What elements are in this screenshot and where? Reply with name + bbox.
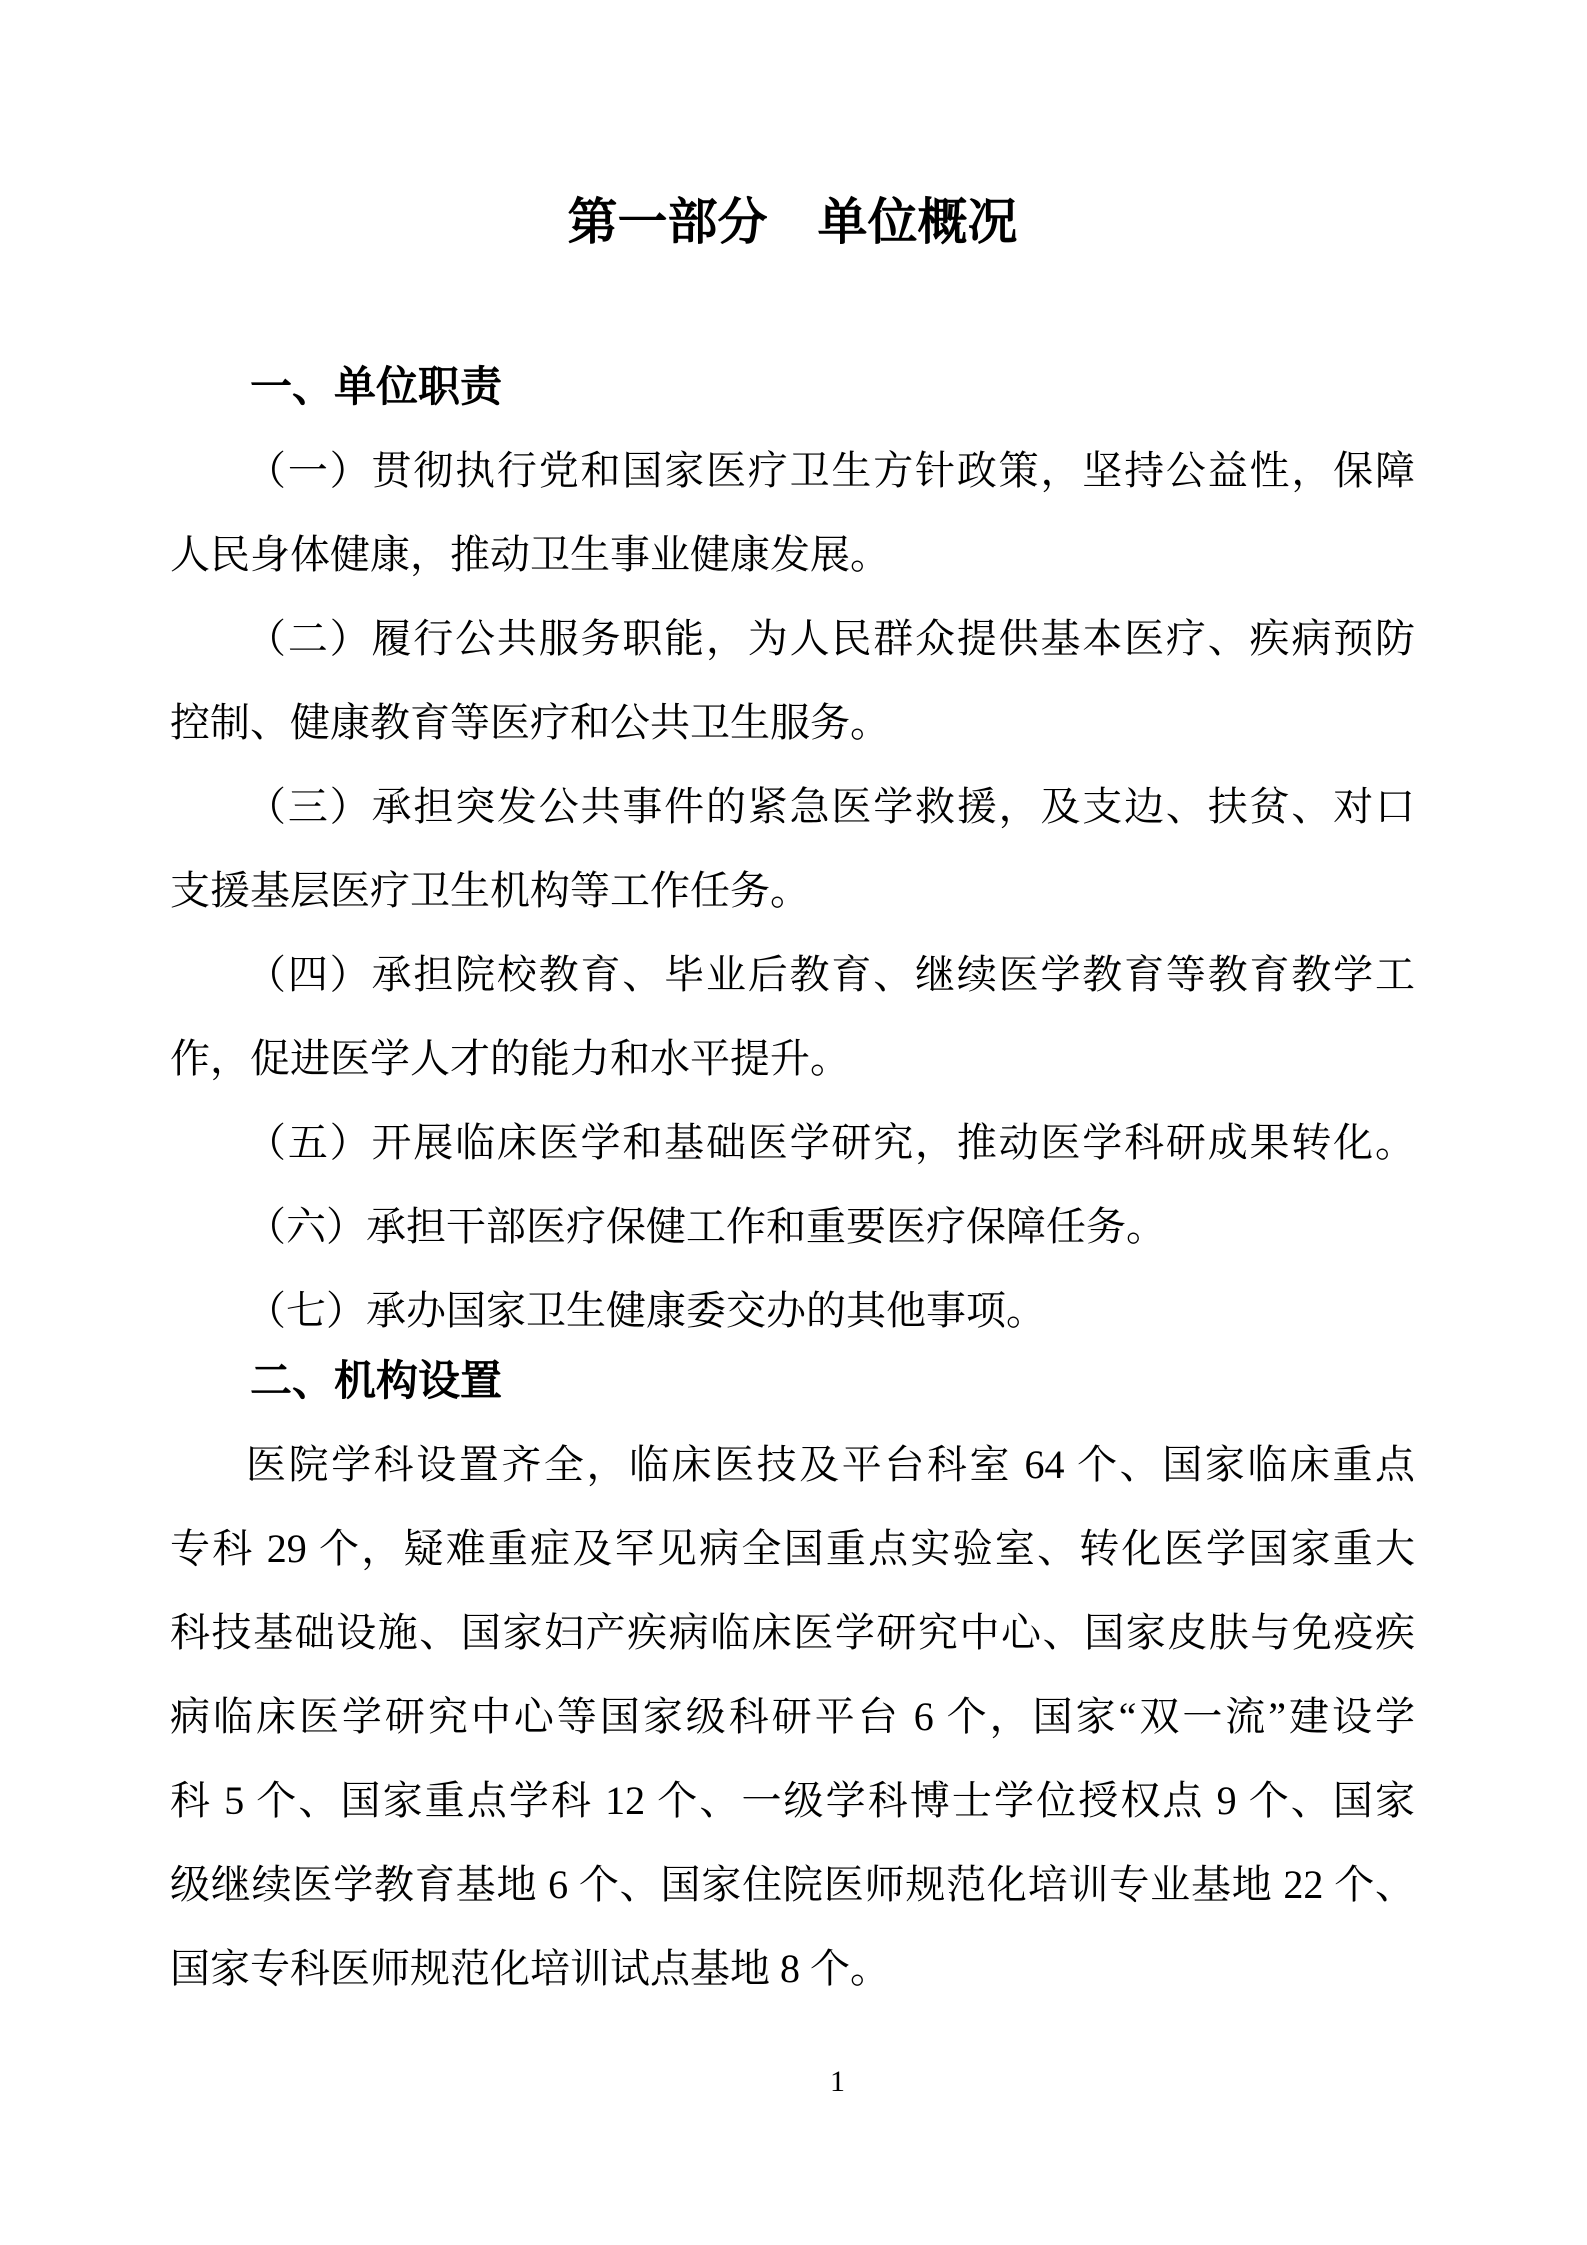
- text-line: 病临床医学研究中心等国家级科研平台 6 个，国家“双一流”建设学: [170, 1675, 1415, 1759]
- text-line: （四）承担院校教育、毕业后教育、继续医学教育等教育教学工: [170, 933, 1415, 1017]
- text-line: 级继续医学教育基地 6 个、国家住院医师规范化培训专业基地 22 个、: [170, 1843, 1415, 1927]
- text-line: 国家专科医师规范化培训试点基地 8 个。: [170, 1927, 1415, 2011]
- text-line: 支援基层医疗卫生机构等工作任务。: [170, 849, 1415, 933]
- text-line: （三）承担突发公共事件的紧急医学救援，及支边、扶贫、对口: [170, 765, 1415, 849]
- text-line: 医院学科设置齐全，临床医技及平台科室 64 个、国家临床重点: [170, 1423, 1415, 1507]
- page-number: 1: [170, 2061, 1415, 2103]
- text-line: 作，促进医学人才的能力和水平提升。: [170, 1017, 1415, 1101]
- text-line: 人民身体健康，推动卫生事业健康发展。: [170, 513, 1415, 597]
- text-line: 控制、健康教育等医疗和公共卫生服务。: [170, 681, 1415, 765]
- text-line: 科技基础设施、国家妇产疾病临床医学研究中心、国家皮肤与免疫疾: [170, 1591, 1415, 1675]
- document-title: 第一部分 单位概况: [170, 180, 1415, 264]
- text-line: （五）开展临床医学和基础医学研究，推动医学科研成果转化。: [170, 1101, 1415, 1185]
- text-line: （六）承担干部医疗保健工作和重要医疗保障任务。: [170, 1185, 1415, 1269]
- document-page: 第一部分 单位概况 一、单位职责 （一）贯彻执行党和国家医疗卫生方针政策，坚持公…: [0, 0, 1587, 2245]
- text-line: （一）贯彻执行党和国家医疗卫生方针政策，坚持公益性，保障: [170, 429, 1415, 513]
- text-line: 科 5 个、国家重点学科 12 个、一级学科博士学位授权点 9 个、国家: [170, 1759, 1415, 1843]
- section-heading-duties: 一、单位职责: [170, 345, 1415, 429]
- text-line: 专科 29 个，疑难重症及罕见病全国重点实验室、转化医学国家重大: [170, 1507, 1415, 1591]
- text-line: （二）履行公共服务职能，为人民群众提供基本医疗、疾病预防: [170, 597, 1415, 681]
